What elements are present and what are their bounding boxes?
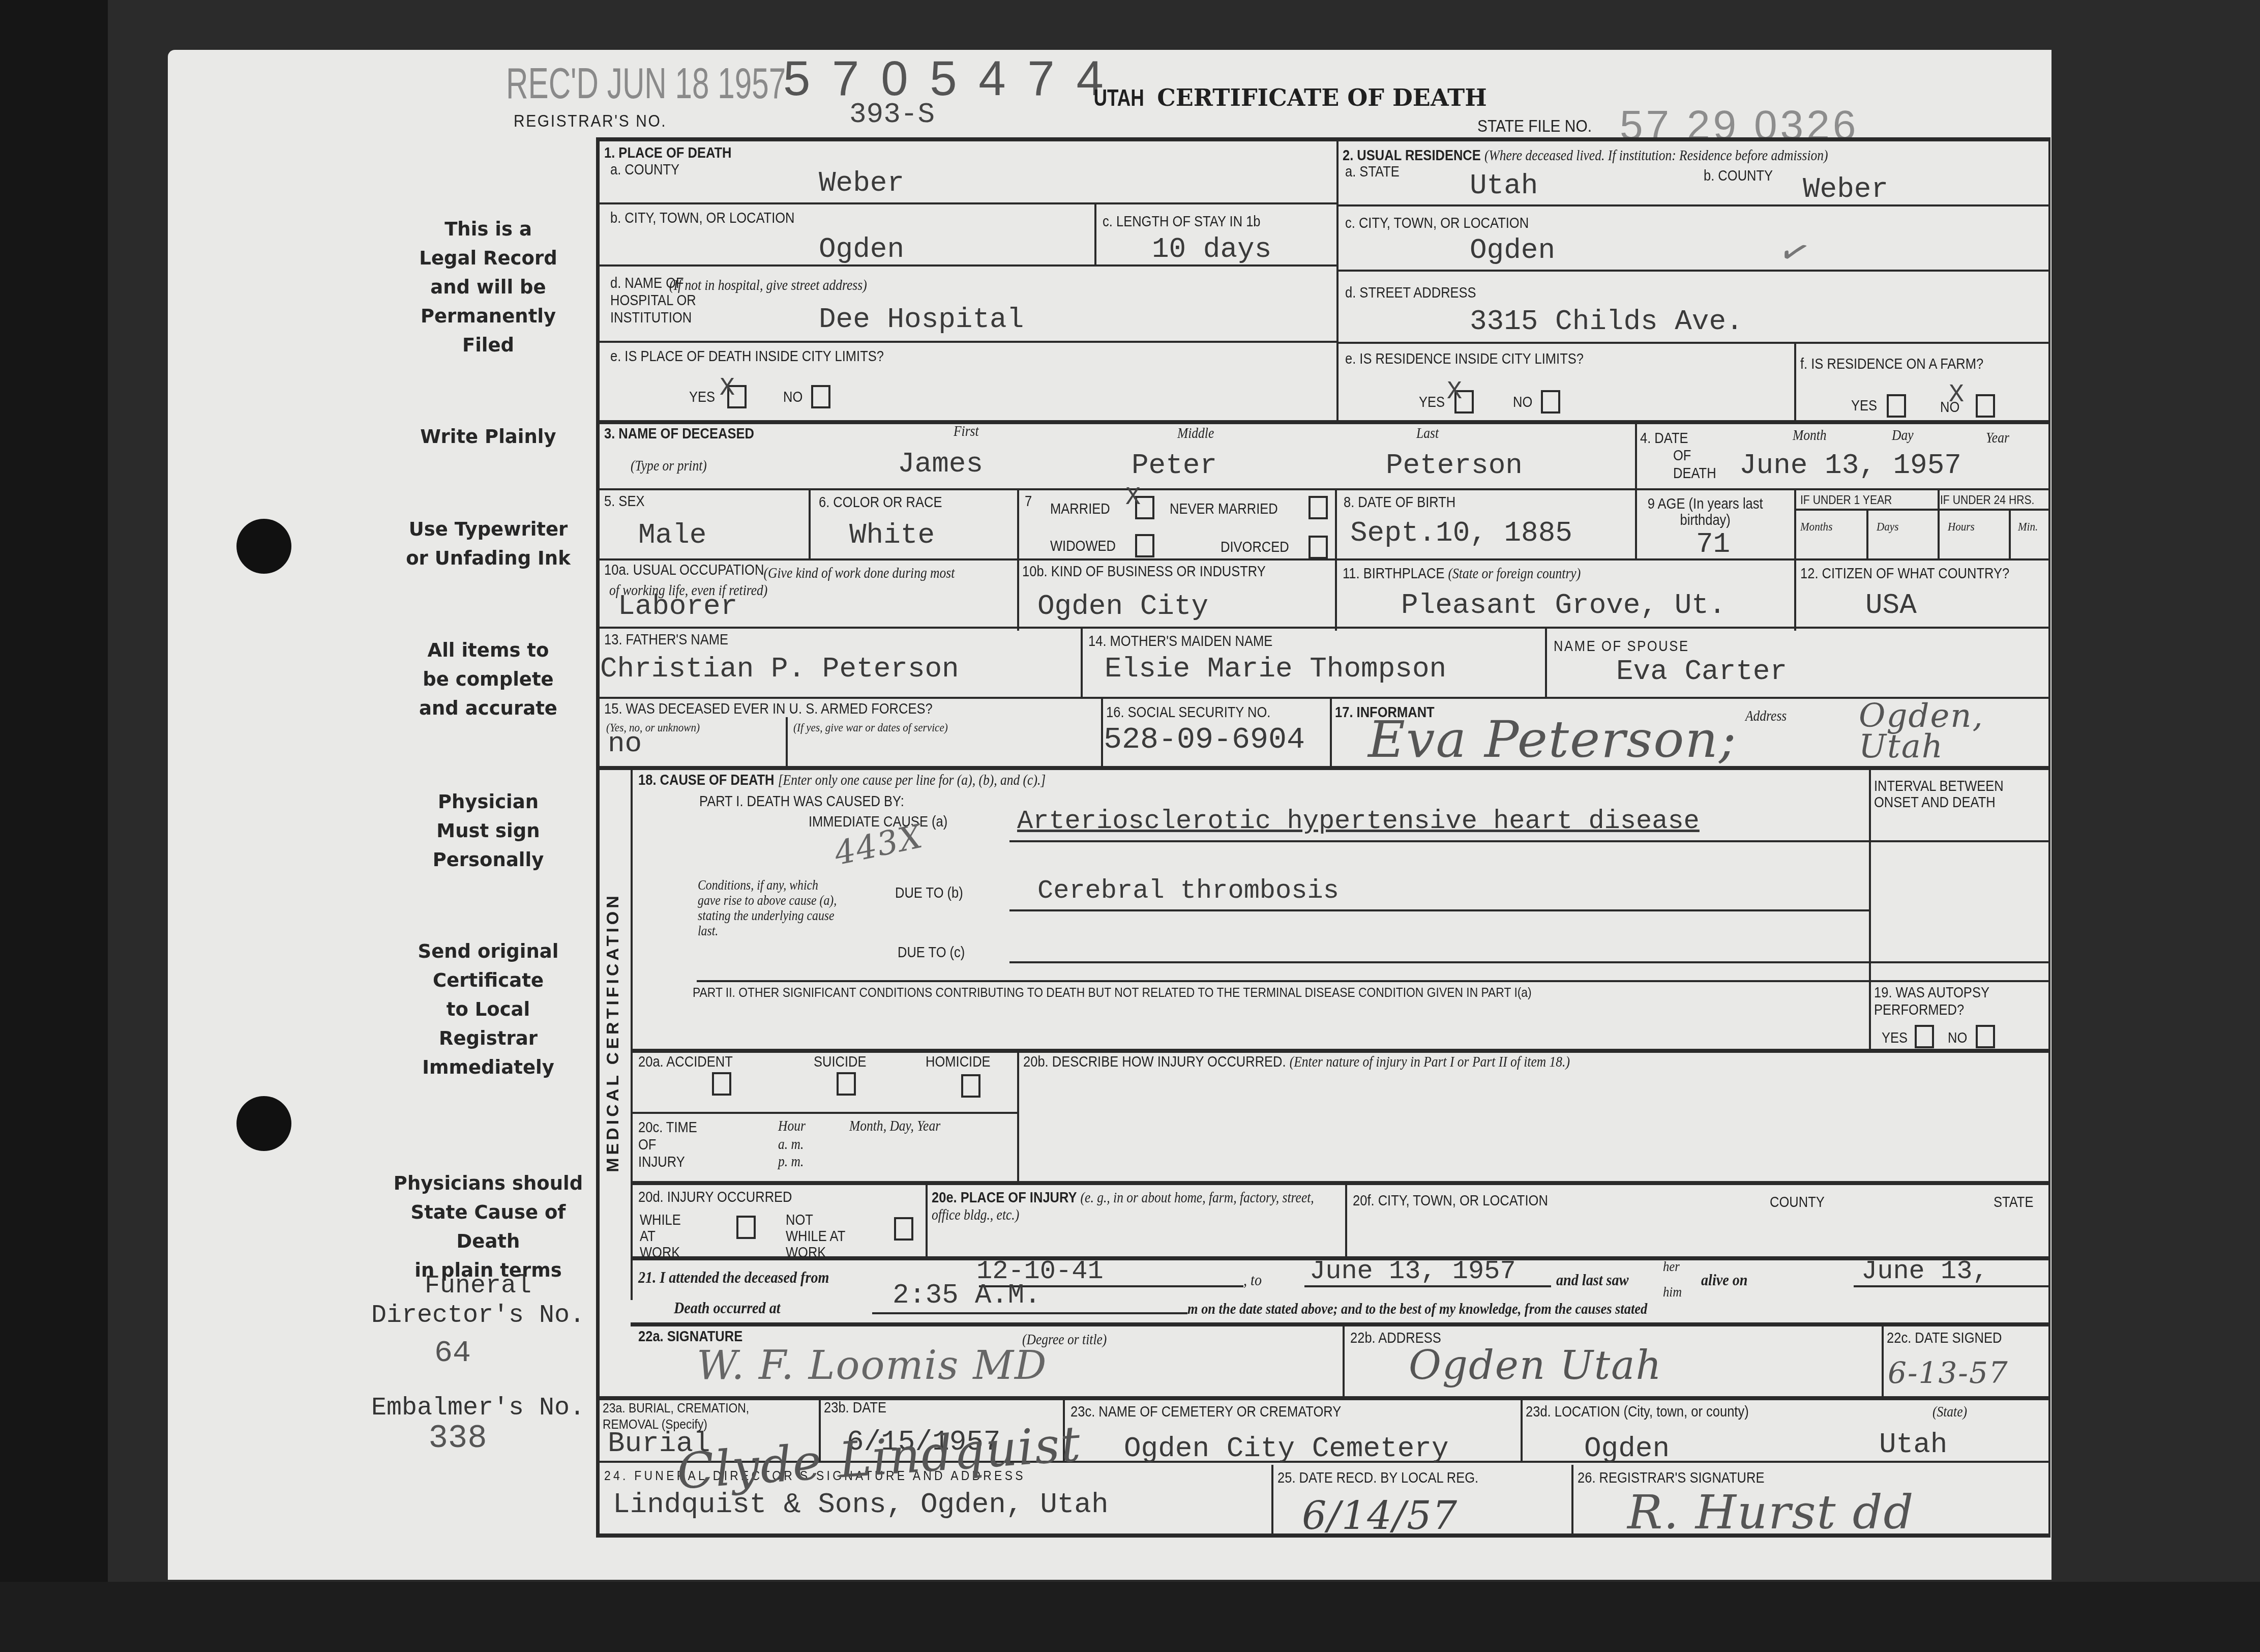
married-label: MARRIED xyxy=(1050,501,1110,517)
marital-label: 7 xyxy=(1025,493,1032,510)
name-of-deceased-label: 3. NAME OF DECEASED xyxy=(604,426,754,441)
medical-certification-label: MEDICAL CERTIFICATION xyxy=(598,763,628,1302)
middle-name[interactable]: Peter xyxy=(1132,450,1217,481)
residence-street[interactable]: 3315 Childs Ave. xyxy=(1470,306,1743,337)
divider xyxy=(596,697,2050,699)
attended-to-underline xyxy=(1304,1285,1551,1287)
homicide-label: HOMICIDE xyxy=(926,1054,991,1070)
date-signed-label: 22c. DATE SIGNED xyxy=(1887,1330,2002,1346)
last-saw-date[interactable]: June 13, xyxy=(1861,1256,1988,1287)
residence-inside-city-no-checkbox[interactable] xyxy=(1541,390,1560,414)
divider xyxy=(596,627,2050,629)
while-at-work-label: WHILE AT WORK xyxy=(640,1212,689,1261)
divider xyxy=(1866,509,1868,559)
page-title: UTAH CERTIFICATE OF DEATH xyxy=(1087,84,1487,111)
divider xyxy=(1017,1049,1019,1184)
divider xyxy=(1336,342,2049,344)
residence-city[interactable]: Ogden xyxy=(1470,235,1555,265)
note-state-cause: Physicians should State Cause of Death i… xyxy=(376,1169,600,1285)
day-label: Day xyxy=(1892,427,1914,444)
divider xyxy=(697,980,2049,982)
informant-signature[interactable]: Eva Peterson; xyxy=(1368,710,1737,769)
under-1-year-label: IF UNDER 1 YEAR xyxy=(1800,492,1892,509)
county-label: a. COUNTY xyxy=(610,162,679,178)
while-at-work-checkbox[interactable] xyxy=(736,1216,756,1239)
industry-label: 10b. KIND OF BUSINESS OR INDUSTRY xyxy=(1022,564,1266,580)
note-send-original: Send original Certificate to Local Regis… xyxy=(397,937,580,1082)
time-of-injury-label: 20c. TIME OF INJURY xyxy=(638,1119,705,1171)
divider xyxy=(631,1112,1017,1114)
her-label: her xyxy=(1663,1259,1680,1275)
am-label: a. m. xyxy=(778,1136,804,1153)
divider xyxy=(2009,509,2011,559)
funeral-director-label: Funeral Director's No. xyxy=(366,1272,590,1331)
not-while-at-work-label: NOT WHILE AT WORK xyxy=(786,1212,853,1261)
residence-hint: (Where deceased lived. If institution: R… xyxy=(1484,147,1828,164)
injury-county-label: COUNTY xyxy=(1770,1194,1825,1211)
no-label: NO xyxy=(1948,1030,1967,1046)
residence-state[interactable]: Utah xyxy=(1470,170,1538,201)
due-to-b-underline xyxy=(1009,909,1869,911)
divider xyxy=(1336,270,2049,272)
informant-address[interactable]: Ogden, Utah xyxy=(1859,701,1991,762)
registrar-no: 393-S xyxy=(849,99,935,130)
hours-label: Hours xyxy=(1948,519,1975,535)
spouse-name[interactable]: Eva Carter xyxy=(1616,656,1787,687)
death-occurred-label: Death occurred at xyxy=(674,1300,781,1316)
spouse-label: NAME OF SPOUSE xyxy=(1554,638,1689,655)
dod-label: 4. DATE xyxy=(1640,430,1688,447)
registrar-no-label: REGISTRAR'S NO. xyxy=(514,113,667,129)
accident-checkbox[interactable] xyxy=(712,1072,731,1096)
divider xyxy=(1081,627,1083,699)
divorced-label: DIVORCED xyxy=(1221,539,1289,555)
date-recd-label: 25. DATE RECD. BY LOCAL REG. xyxy=(1277,1470,1478,1486)
divider xyxy=(1271,1465,1273,1536)
embalmer-label: Embalmer's No. xyxy=(366,1394,590,1423)
dod-label-death: DEATH xyxy=(1673,465,1716,482)
checked-x-mark: X xyxy=(1447,377,1462,406)
funeral-director-address[interactable]: Lindquist & Sons, Ogden, Utah xyxy=(613,1489,1109,1520)
alive-on-label: alive on xyxy=(1701,1272,1748,1288)
divider xyxy=(1869,766,1871,1051)
divider xyxy=(596,202,1336,204)
divider xyxy=(1009,840,2049,842)
note-write-plainly: Write Plainly xyxy=(397,422,580,451)
year-label: Year xyxy=(1986,430,2009,446)
attended-label: 21. I attended the deceased from xyxy=(638,1269,829,1285)
divider xyxy=(631,766,633,1300)
punch-hole xyxy=(236,519,291,574)
divider xyxy=(926,1181,928,1257)
embalmer-no: 338 xyxy=(402,1424,514,1454)
place-of-death-label: 1. PLACE OF DEATH xyxy=(604,145,731,161)
age-value[interactable]: 71 xyxy=(1696,529,1730,559)
physician-statement: m on the date stated above; and to the b… xyxy=(1187,1301,1647,1317)
father-name[interactable]: Christian P. Peterson xyxy=(600,654,959,684)
place-of-injury-label: 20e. PLACE OF INJURY (e. g., in or about… xyxy=(932,1189,1321,1224)
armed-forces-label: 15. WAS DECEASED EVER IN U. S. ARMED FOR… xyxy=(604,701,933,717)
hospital-name[interactable]: Dee Hospital xyxy=(819,304,1024,335)
hospital-hint: (If not in hospital, give street address… xyxy=(669,277,867,293)
divider xyxy=(1794,342,1796,423)
accident-label: 20a. ACCIDENT xyxy=(638,1054,733,1070)
divider xyxy=(596,1396,2050,1400)
pm-label: p. m. xyxy=(778,1154,804,1170)
divider xyxy=(1635,488,1637,559)
business-industry[interactable]: Ogden City xyxy=(1037,591,1208,622)
suicide-label: SUICIDE xyxy=(814,1054,867,1070)
divider xyxy=(596,137,2050,141)
divider xyxy=(1521,1396,1523,1462)
never-married-label: NEVER MARRIED xyxy=(1170,501,1278,517)
conditions-hint: Conditions, if any, which gave rise to a… xyxy=(698,877,841,938)
name-hint: (Type or print) xyxy=(631,458,707,474)
describe-injury-label: 20b. DESCRIBE HOW INJURY OCCURRED. (Ente… xyxy=(1023,1054,1570,1070)
punch-hole xyxy=(236,1096,291,1151)
date-recd[interactable]: 6/14/57 xyxy=(1302,1493,1458,1538)
yes-label: YES xyxy=(1851,398,1877,414)
widowed-checkbox[interactable] xyxy=(1135,534,1154,557)
no-label: NO xyxy=(1513,394,1532,410)
checked-x-mark: X xyxy=(1949,380,1964,409)
location-label: 23d. LOCATION (City, town, or county) xyxy=(1526,1404,1749,1420)
scanner-background-bottom xyxy=(0,1582,2260,1652)
informant-address-label: Address xyxy=(1745,708,1787,724)
divider xyxy=(596,420,2050,424)
not-while-at-work-checkbox[interactable] xyxy=(894,1217,913,1241)
location-city[interactable]: Ogden xyxy=(1584,1433,1670,1464)
to-label: , to xyxy=(1243,1272,1262,1288)
checked-x-mark: X xyxy=(1125,483,1141,512)
state-file-label: STATE FILE NO. xyxy=(1477,118,1592,134)
state-label: a. STATE xyxy=(1345,164,1400,180)
under-24-label: IF UNDER 24 HRS. xyxy=(1940,492,2034,509)
divider xyxy=(1345,1181,1347,1257)
divider xyxy=(1101,697,1103,768)
cemetery-name[interactable]: Ogden City Cemetery xyxy=(1124,1433,1449,1464)
mother-label: 14. MOTHER'S MAIDEN NAME xyxy=(1088,633,1272,650)
autopsy-yes-checkbox[interactable] xyxy=(1915,1025,1934,1048)
physician-address[interactable]: Ogden Utah xyxy=(1409,1343,1662,1389)
location-state[interactable]: Utah xyxy=(1879,1429,1947,1460)
divider xyxy=(1571,1465,1573,1536)
part2-label: PART II. OTHER SIGNIFICANT CONDITIONS CO… xyxy=(693,984,1532,1000)
checked-x-mark: X xyxy=(720,374,735,403)
him-label: him xyxy=(1663,1284,1682,1301)
interval-label: INTERVAL BETWEEN ONSET AND DEATH xyxy=(1874,778,2021,811)
city-label: c. CITY, TOWN, OR LOCATION xyxy=(1345,215,1529,231)
received-stamp: REC'D JUN 18 1957 xyxy=(506,58,786,109)
last-saw-label: and last saw xyxy=(1556,1272,1628,1288)
armed-forces-hint-b: (If yes, give war or dates of service) xyxy=(793,720,948,736)
mdy-label: Month, Day, Year xyxy=(849,1118,940,1134)
widowed-label: WIDOWED xyxy=(1050,538,1116,554)
state-file-no: 57 29 0326 xyxy=(1620,102,1859,150)
days-label: Days xyxy=(1877,519,1898,535)
autopsy-label: 19. WAS AUTOPSY PERFORMED? xyxy=(1874,984,2017,1019)
registrar-signature-label: 26. REGISTRAR'S SIGNATURE xyxy=(1578,1470,1764,1486)
title-text: CERTIFICATE OF DEATH xyxy=(1157,84,1487,111)
note-physician-sign: Physician Must sign Personally xyxy=(397,787,580,874)
scanner-background-left xyxy=(0,0,108,1652)
months-label: Months xyxy=(1800,519,1832,535)
divider xyxy=(1336,137,1339,423)
middle-label: Middle xyxy=(1177,425,1214,441)
divider xyxy=(596,488,2050,490)
race-label: 6. COLOR OR RACE xyxy=(819,494,942,511)
date-signed[interactable]: 6-13-57 xyxy=(1888,1355,2009,1390)
death-city[interactable]: Ogden xyxy=(819,234,904,264)
race-value[interactable]: White xyxy=(849,520,935,550)
last-name[interactable]: Peterson xyxy=(1386,450,1523,481)
divorced-checkbox[interactable] xyxy=(1309,536,1328,559)
suicide-checkbox[interactable] xyxy=(837,1072,856,1096)
part1-label: PART I. DEATH WAS CAUSED BY: xyxy=(699,793,904,810)
divider xyxy=(631,1049,2049,1053)
street-label: d. STREET ADDRESS xyxy=(1345,285,1476,301)
min-label: Min. xyxy=(2018,519,2038,535)
divider xyxy=(1938,488,1940,559)
time-underline xyxy=(872,1312,1187,1314)
social-security-no[interactable]: 528-09-6904 xyxy=(1104,725,1305,755)
due-to-c-label: DUE TO (c) xyxy=(898,945,965,961)
immediate-cause[interactable]: Arteriosclerotic hypertensive heart dise… xyxy=(1017,806,1700,837)
divider xyxy=(596,341,1336,343)
divider xyxy=(596,766,2050,770)
death-occurred-time[interactable]: 2:35 A.M. xyxy=(893,1281,1041,1311)
injury-occurred-label: 20d. INJURY OCCURRED xyxy=(638,1189,792,1205)
divider xyxy=(786,717,788,768)
first-name[interactable]: James xyxy=(898,449,983,479)
divider xyxy=(631,1181,2049,1185)
yes-label: YES xyxy=(1882,1030,1908,1046)
hour-label: Hour xyxy=(778,1118,806,1134)
registrar-signature[interactable]: R. Hurst dd xyxy=(1627,1485,1914,1540)
sex-value[interactable]: Male xyxy=(638,520,706,550)
divider xyxy=(1635,422,1637,493)
dod-label-of: OF xyxy=(1673,448,1691,464)
citizen-label: 12. CITIZEN OF WHAT COUNTRY? xyxy=(1800,566,2009,582)
county-label: b. COUNTY xyxy=(1704,168,1773,184)
divider xyxy=(1794,509,2049,511)
yes-label: YES xyxy=(1419,394,1445,410)
due-to-b[interactable]: Cerebral thrombosis xyxy=(1037,876,1339,906)
inside-city-label: e. IS PLACE OF DEATH INSIDE CITY LIMITS? xyxy=(610,348,884,365)
sex-label: 5. SEX xyxy=(604,493,644,510)
birthplace-value[interactable]: Pleasant Grove, Ut. xyxy=(1401,590,1726,621)
injury-city-label: 20f. CITY, TOWN, OR LOCATION xyxy=(1353,1193,1548,1209)
divider xyxy=(1330,697,1332,768)
control-number: 5 7 0 5 4 7 4 xyxy=(783,51,1108,107)
divider xyxy=(1545,627,1547,699)
yes-label: YES xyxy=(689,389,715,405)
birthplace-label: 11. BIRTHPLACE (State or foreign country… xyxy=(1343,566,1581,582)
city-label: b. CITY, TOWN, OR LOCATION xyxy=(610,210,795,226)
age-label: 9 AGE (In years last birthday) xyxy=(1643,496,1768,528)
note-legal-record: This is a Legal Record and will be Perma… xyxy=(397,215,580,360)
divider xyxy=(1343,1322,1345,1399)
divider xyxy=(1009,961,2049,963)
attended-to[interactable]: June 13, 1957 xyxy=(1310,1256,1516,1287)
divider xyxy=(1882,1322,1884,1399)
usual-occupation[interactable]: Laborer xyxy=(618,591,737,622)
month-label: Month xyxy=(1793,427,1827,444)
ssn-label: 16. SOCIAL SECURITY NO. xyxy=(1106,704,1270,721)
title-prefix: UTAH xyxy=(1093,84,1144,111)
residence-county[interactable]: Weber xyxy=(1803,174,1888,204)
homicide-checkbox[interactable] xyxy=(961,1074,980,1098)
farm-yes-checkbox[interactable] xyxy=(1887,394,1906,418)
last-label: Last xyxy=(1416,425,1439,441)
last-saw-underline xyxy=(1854,1285,2048,1287)
note-complete: All items to be complete and accurate xyxy=(397,636,580,723)
divider xyxy=(809,488,811,559)
inside-city-label: e. IS RESIDENCE INSIDE CITY LIMITS? xyxy=(1345,351,1584,367)
autopsy-no-checkbox[interactable] xyxy=(1976,1025,1995,1048)
length-of-stay[interactable]: 10 days xyxy=(1152,234,1271,264)
stay-label: c. LENGTH OF STAY IN 1b xyxy=(1103,214,1261,230)
divider xyxy=(1094,202,1096,265)
cause-of-death-label: 18. CAUSE OF DEATH [Enter only one cause… xyxy=(638,772,1046,788)
citizen-value[interactable]: USA xyxy=(1865,590,1917,621)
cemetery-label: 23c. NAME OF CEMETERY OR CREMATORY xyxy=(1070,1404,1341,1420)
date-of-death[interactable]: June 13, 1957 xyxy=(1739,450,1961,481)
due-to-b-label: DUE TO (b) xyxy=(895,885,963,901)
farm-no-checkbox[interactable] xyxy=(1976,394,1995,418)
dob-label: 8. DATE OF BIRTH xyxy=(1344,494,1455,511)
divider xyxy=(631,1322,2049,1326)
residence-label: 2. USUAL RESIDENCE (Where deceased lived… xyxy=(1343,147,1828,164)
mother-maiden-name[interactable]: Elsie Marie Thompson xyxy=(1105,654,1446,684)
no-label: NO xyxy=(783,389,802,405)
armed-forces-value[interactable]: no xyxy=(608,728,642,759)
injury-state-label: STATE xyxy=(1994,1194,2033,1211)
disposition-date-label: 23b. DATE xyxy=(824,1400,886,1416)
death-county[interactable]: Weber xyxy=(819,168,904,198)
date-of-birth[interactable]: Sept.10, 1885 xyxy=(1350,518,1572,548)
funeral-director-no: 64 xyxy=(402,1339,503,1368)
physician-signature[interactable]: W. F. Loomis MD xyxy=(697,1343,1048,1389)
divider xyxy=(1336,204,2049,206)
note-typewriter: Use Typewriter or Unfading Ink xyxy=(397,515,580,573)
inside-city-no-checkbox[interactable] xyxy=(811,385,830,408)
farm-label: f. IS RESIDENCE ON A FARM? xyxy=(1800,356,1983,372)
first-label: First xyxy=(954,423,979,439)
never-married-checkbox[interactable] xyxy=(1309,496,1328,519)
location-state-label: (State) xyxy=(1932,1404,1967,1420)
father-label: 13. FATHER'S NAME xyxy=(604,632,728,648)
